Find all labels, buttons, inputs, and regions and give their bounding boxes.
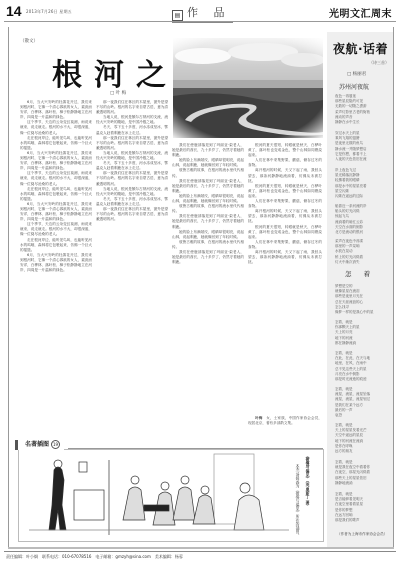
illustration-drawing (19, 450, 323, 541)
article-column-3: 我们在使鹿部落见到了玛丽亚·索老人，她是最后的酋长，九十多岁了，仍然守着她的驯鹿… (172, 143, 244, 435)
book-icon: ▤ (172, 10, 183, 21)
editor-credits: 责任编辑：叶小炯 联系电话：010-67078516 电子邮箱：gmzyh@si… (6, 554, 183, 560)
author-note: 叶梅 女，土家族，中国作家协会会员，现居北京，著有多部散文集。 (248, 416, 322, 436)
illustration-caption: 《傲慢与偏见》（英·奥斯丁 著） 本杰·汤姆森为《傲慢与偏见》所作的插图。 (292, 454, 314, 536)
content-bottom-border (8, 547, 394, 549)
illustration-number-badge: 19 (51, 440, 60, 449)
page-number: 14 (6, 3, 22, 19)
poem2-stanza-2: 怎着，就是 你那颗天上的星 天上的月亮 地下的河流 都在静静流淌 (335, 320, 391, 346)
sidebar-author: □ 杨丽君 (347, 71, 366, 77)
illustration-tab-divider (68, 448, 323, 449)
poem1-stanza-1: 夜色一再蔓延 那些星辰隐约可见 无数的一切随之漂游 桨声灯影里古老的街巷 流动的… (335, 94, 391, 125)
poem2-stanza-1: 梦想是空的 就像星星在流泪 那些是夜里月光在 总在天涯流浪的心 怎么找寻 像梦一… (335, 284, 391, 315)
poem1-stanza-5: 桨声在夜色中荡漾 那里的一声桨响 水波在晃动 桥上的灯光闪烁着 灯火中渐次消失 (335, 239, 391, 265)
poem2-title: 怎 着 (345, 269, 375, 278)
poem1-stanza-4: 船靠近一条河流的岸 船头的灯光闪烁 惊起飞鸟 流淌着的暗红云彩 天空在水面的倒影… (335, 204, 391, 235)
illustration-caption-text: 本杰·汤姆森为《傲慢与偏见》所作的插图。 (296, 464, 301, 537)
article-photo-river-landscape (173, 38, 323, 138)
poem2-stanza-3: 怎着，就是 在此，在此，在天与地 地里，在风，在雨中 总不见这些天上的星 月亮在… (335, 351, 391, 382)
issue-date: 2013年7月26日 星期五 (26, 9, 72, 15)
poetry-sidebar: 夜航·话着 （诗三首） □ 杨丽君 苏州河夜航 夜色一再蔓延 那些星辰隐约可见 … (327, 32, 393, 547)
poet-note: （作者为上海市作家协会会员） (337, 532, 387, 537)
page-border-left (8, 27, 9, 547)
illustration-section-label: 名著插图19 (15, 440, 64, 450)
poem2-stanza-5: 怎着，就是 天上的星星发着光芒 天空中遥远的星辰 地下的河流在流淌 是你在呼唤 … (335, 423, 391, 454)
sidebar-column-title: 夜航·话着 (333, 40, 388, 57)
article-column-1: 6月，当大兴安岭的杜鹃花开过，我们来到根河时，它像一个清心寡欲的女人，素淡而安详… (20, 100, 92, 400)
article-kicker: （散文） (20, 38, 38, 44)
article-column-2: 那一夜我们住在林区的木屋里，窗外是望不尽的山岭。根河的名字来自蒙古语，意为清澈透… (96, 100, 168, 400)
poem2-stanza-7: 怎着，就是 是否能够看见明天 在夜空里看着星星 是你的梦想 在远方回响 那是我们… (335, 492, 391, 523)
poem2-stanza-6: 怎着，就是 就是我在夜空中看着你 在夜空，那星光闪烁着 那些天上的星星依旧 静静… (335, 460, 391, 486)
poem1-stanza-3: 岸上夜色飞过 星光稀落沉静静 轻拂着我的眼睛 那是水中的星星亮着 星空闪烁 闪烁… (335, 168, 391, 199)
page-header: 14 2013年7月26日 星期五 ▤作 品 光明文汇周末 (0, 0, 400, 22)
header-divider (4, 21, 396, 22)
footer-divider (4, 551, 396, 552)
article-column-4: 根河的夏天很短，转眼就是秋天，白桦叶黄了，落叶松也变成金色，整个山林如同燃烧起来… (248, 143, 322, 413)
poem2-stanza-4: 怎着，就是 流星，流星，流星坠落 流星，流星，流星划过 是我们在某个远方 最后的… (335, 387, 391, 418)
section-label-text: 作 品 (187, 6, 231, 19)
article-byline: □ 叶 梅 (110, 90, 126, 96)
illustration-caption-title: 《傲慢与偏见》（英·奥斯丁 著） (306, 454, 311, 508)
poem1-title: 苏州河夜航 (339, 82, 369, 91)
illustration-frame (18, 449, 324, 542)
poem1-stanza-2: 穿过水天上的星 乘风飞翔的翅膀 是夜里无数的鱼鸟 静水流一并随梦想启 它是你想，… (335, 131, 391, 162)
sidebar-series-note: （诗三首） (369, 60, 389, 66)
page-border-right (393, 27, 394, 547)
masthead: 光明文汇周末 (329, 5, 392, 20)
